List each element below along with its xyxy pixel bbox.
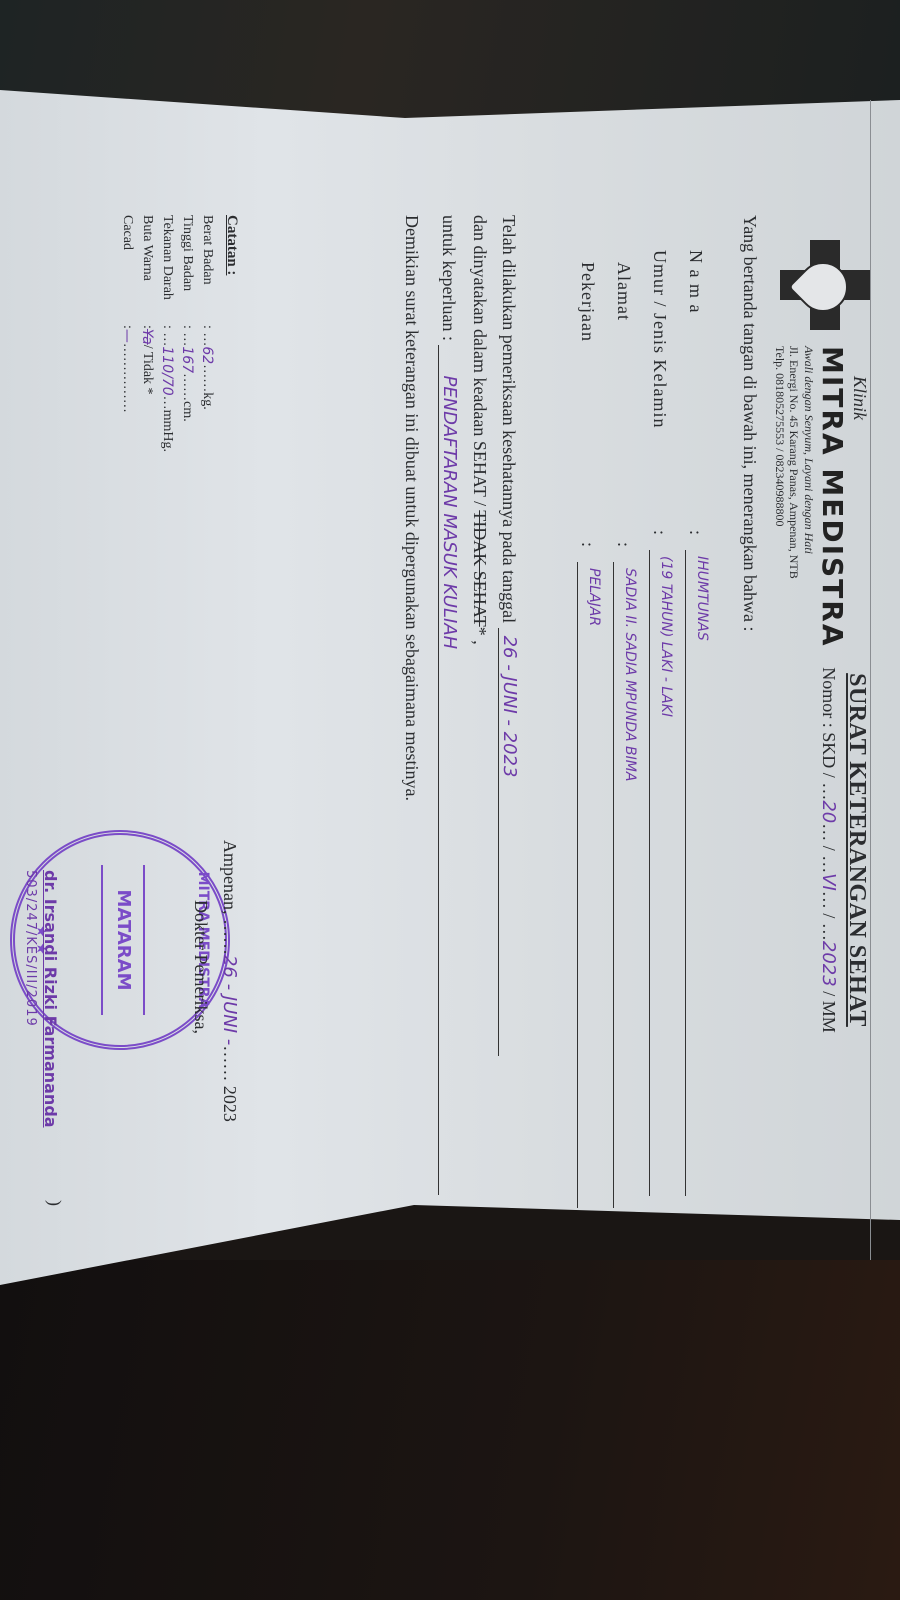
purpose-line: untuk keperluan : PENDAFTARAN MASUK KULI… bbox=[438, 215, 460, 1195]
purpose-value: PENDAFTARAN MASUK KULIAH bbox=[438, 345, 460, 1195]
status-mark: * , bbox=[470, 627, 490, 645]
field-value: PELAJAR bbox=[577, 562, 602, 1208]
note-row: Berat Badan: …62…… kg. bbox=[197, 215, 217, 452]
document-title: SURAT KETERANGAN SEHAT bbox=[843, 570, 870, 1130]
field-label: Pekerjaan bbox=[577, 250, 598, 542]
nomor-number: 20 bbox=[818, 800, 839, 823]
sign-role: Dokter Pemeriksa, bbox=[190, 900, 211, 1220]
signature-block: Ampenan, ……26 - JUNI -…… 2023 Dokter Pem… bbox=[190, 840, 240, 1220]
doctor-name: dr. Irsandi Rizki Farmananda bbox=[41, 870, 60, 1128]
note-row: Tinggi Badan: …167…… cm. bbox=[177, 215, 197, 452]
purpose-label: untuk keperluan : bbox=[439, 215, 459, 341]
nomor-prefix: Nomor : SKD / bbox=[819, 667, 839, 778]
intro-text: Yang bertanda tangan di bawah ini, mener… bbox=[739, 215, 760, 632]
field-value: (19 TAHUN) LAKI - LAKI bbox=[649, 550, 674, 1196]
medical-cross-heart-icon bbox=[780, 240, 870, 330]
field-value: IHUMTUNAS bbox=[685, 550, 710, 1196]
certificate-document: Klinik MITRA MEDISTRA Awali dengan Senyu… bbox=[40, 140, 900, 1240]
exam-date: 26 - JUNI - 2023 bbox=[498, 628, 520, 1056]
document-title-block: SURAT KETERANGAN SEHAT Nomor : SKD / …20… bbox=[818, 570, 870, 1130]
field-nama: N a m a: IHUMTUNAS bbox=[685, 250, 710, 1196]
status-struck: TIDAK SEHAT bbox=[470, 510, 490, 627]
field-label: Umur / Jenis Kelamin bbox=[649, 250, 670, 530]
close-paren: ) bbox=[44, 1200, 65, 1206]
status-text: dan dinyatakan dalam keadaan SEHAT / bbox=[470, 215, 490, 506]
doctor-id: 503/247/KES/III/2019 bbox=[23, 870, 38, 1027]
field-value: SADIA II. SADIA MPUNDA BIMA bbox=[613, 562, 638, 1208]
notes-title: Catatan : bbox=[223, 215, 240, 452]
stamp-center-text: MATARAM bbox=[101, 865, 145, 1015]
field-pekerjaan: Pekerjaan: PELAJAR bbox=[577, 250, 602, 1208]
sign-date: 26 - JUNI - bbox=[219, 955, 240, 1045]
clinic-address: Jl. Energi No. 45 Karang Panas, Ampenan,… bbox=[787, 346, 801, 648]
field-alamat: Alamat: SADIA II. SADIA MPUNDA BIMA bbox=[613, 250, 638, 1208]
field-label: Alamat bbox=[613, 250, 634, 542]
note-row: Tekanan Darah: …110/70… mmHg. bbox=[157, 215, 177, 452]
note-row: Buta Warna: Ya / Tidak * bbox=[137, 215, 157, 452]
sign-year: 2023 bbox=[220, 1086, 240, 1122]
table-surface-bottom bbox=[0, 1260, 900, 1600]
document-number: Nomor : SKD / …20… / …VI… / …2023 / MM bbox=[818, 570, 839, 1130]
health-status-line: dan dinyatakan dalam keadaan SEHAT / TID… bbox=[469, 215, 490, 645]
field-umur-jenis-kelamin: Umur / Jenis Kelamin: (19 TAHUN) LAKI - … bbox=[649, 250, 674, 1196]
field-label: N a m a bbox=[685, 250, 706, 530]
nomor-month: VI bbox=[818, 873, 839, 891]
clinic-phone: Telp. 081805275553 / 082340988800 bbox=[773, 346, 787, 648]
sign-place: Ampenan, bbox=[220, 840, 240, 914]
nomor-year: 2023 bbox=[818, 941, 839, 987]
notes-section: Catatan : Berat Badan: …62…… kg. Tinggi … bbox=[117, 215, 240, 452]
nomor-suffix: / MM bbox=[819, 991, 839, 1033]
closing-text: Demikian surat keterangan ini dibuat unt… bbox=[401, 215, 422, 801]
exam-date-line: Telah dilakukan pemeriksaan kesehatannya… bbox=[498, 215, 520, 1056]
exam-text: Telah dilakukan pemeriksaan kesehatannya… bbox=[499, 215, 519, 623]
note-row: Cacad: —…………… bbox=[117, 215, 137, 452]
clinic-tagline: Awali dengan Senyum, Layani dengan Hati bbox=[801, 346, 816, 648]
